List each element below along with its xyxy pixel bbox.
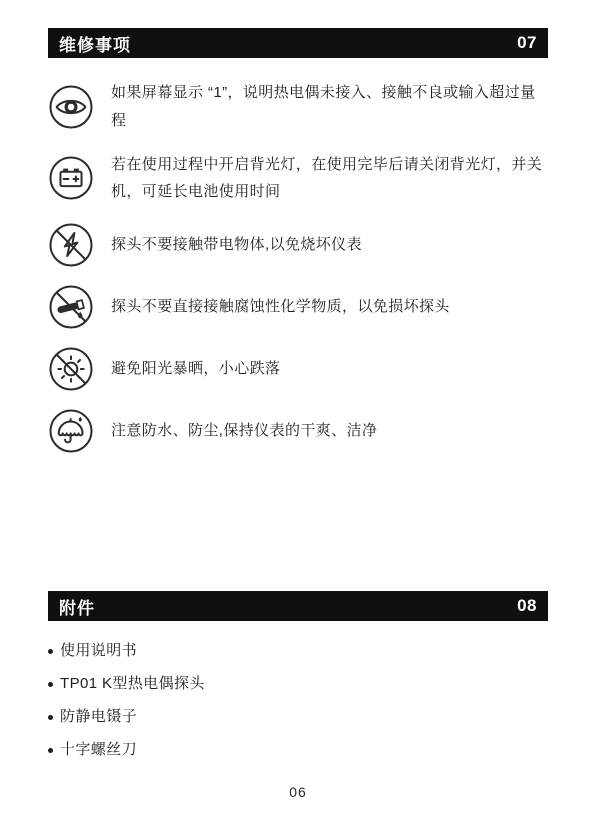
notice-text: 探头不要接触带电物体,以免烧坏仪表: [111, 231, 362, 259]
maintenance-section-title: 维修事项: [59, 31, 131, 56]
accessories-section-number: 08: [517, 596, 537, 616]
list-item: 使用说明书: [48, 641, 548, 661]
notice-text: 避免阳光暴晒，小心跌落: [111, 355, 280, 383]
notice-text: 如果屏幕显示 “1”，说明热电偶未接入、接触不良或输入超过量程: [111, 79, 548, 135]
bullet-dot-icon: [48, 748, 53, 753]
list-item: 十字螺丝刀: [48, 740, 548, 760]
battery-icon: [48, 155, 94, 201]
notice-item-no-sunlight: 避免阳光暴晒，小心跌落: [48, 346, 548, 392]
bullet-dot-icon: [48, 649, 53, 654]
page-number: 06: [0, 784, 596, 800]
umbrella-icon: [48, 408, 94, 454]
maintenance-notice-list: 如果屏幕显示 “1”，说明热电偶未接入、接触不良或输入超过量程 若在使用过程中开…: [48, 79, 548, 454]
accessories-section-header: 附件 08: [48, 591, 548, 621]
bullet-dot-icon: [48, 682, 53, 687]
notice-item-display: 如果屏幕显示 “1”，说明热电偶未接入、接触不良或输入超过量程: [48, 79, 548, 135]
accessory-label: 使用说明书: [60, 641, 137, 661]
notice-item-battery: 若在使用过程中开启背光灯，在使用完毕后请关闭背光灯，并关机，可延长电池使用时间: [48, 151, 548, 207]
list-item: 防静电镊子: [48, 707, 548, 727]
notice-text: 探头不要直接接触腐蚀性化学物质，以免损坏探头: [111, 293, 450, 321]
accessories-list: 使用说明书 TP01 K型热电偶探头 防静电镊子 十字螺丝刀: [48, 641, 548, 760]
maintenance-section-number: 07: [517, 33, 537, 53]
notice-item-no-chemicals: 探头不要直接接触腐蚀性化学物质，以免损坏探头: [48, 284, 548, 330]
notice-item-no-electricity: 探头不要接触带电物体,以免烧坏仪表: [48, 222, 548, 268]
eye-icon: [48, 84, 94, 130]
notice-text: 若在使用过程中开启背光灯，在使用完毕后请关闭背光灯，并关机，可延长电池使用时间: [111, 151, 548, 207]
maintenance-section-header: 维修事项 07: [48, 28, 548, 58]
accessories-section: 附件 08 使用说明书 TP01 K型热电偶探头 防静电镊子: [48, 591, 548, 760]
no-chemicals-icon: [48, 284, 94, 330]
list-item: TP01 K型热电偶探头: [48, 674, 548, 694]
no-sunlight-icon: [48, 346, 94, 392]
no-electricity-icon: [48, 222, 94, 268]
accessory-label: 防静电镊子: [60, 707, 137, 727]
bullet-dot-icon: [48, 715, 53, 720]
manual-page: 维修事项 07 如果屏幕显示 “1”，说明热电偶未接入、接触不良或输入超过量程: [0, 0, 596, 824]
notice-text: 注意防水、防尘,保持仪表的干爽、洁净: [111, 417, 377, 445]
accessory-label: 十字螺丝刀: [60, 740, 137, 760]
accessories-section-title: 附件: [59, 594, 95, 619]
notice-item-waterproof: 注意防水、防尘,保持仪表的干爽、洁净: [48, 408, 548, 454]
accessory-label: TP01 K型热电偶探头: [60, 674, 205, 694]
